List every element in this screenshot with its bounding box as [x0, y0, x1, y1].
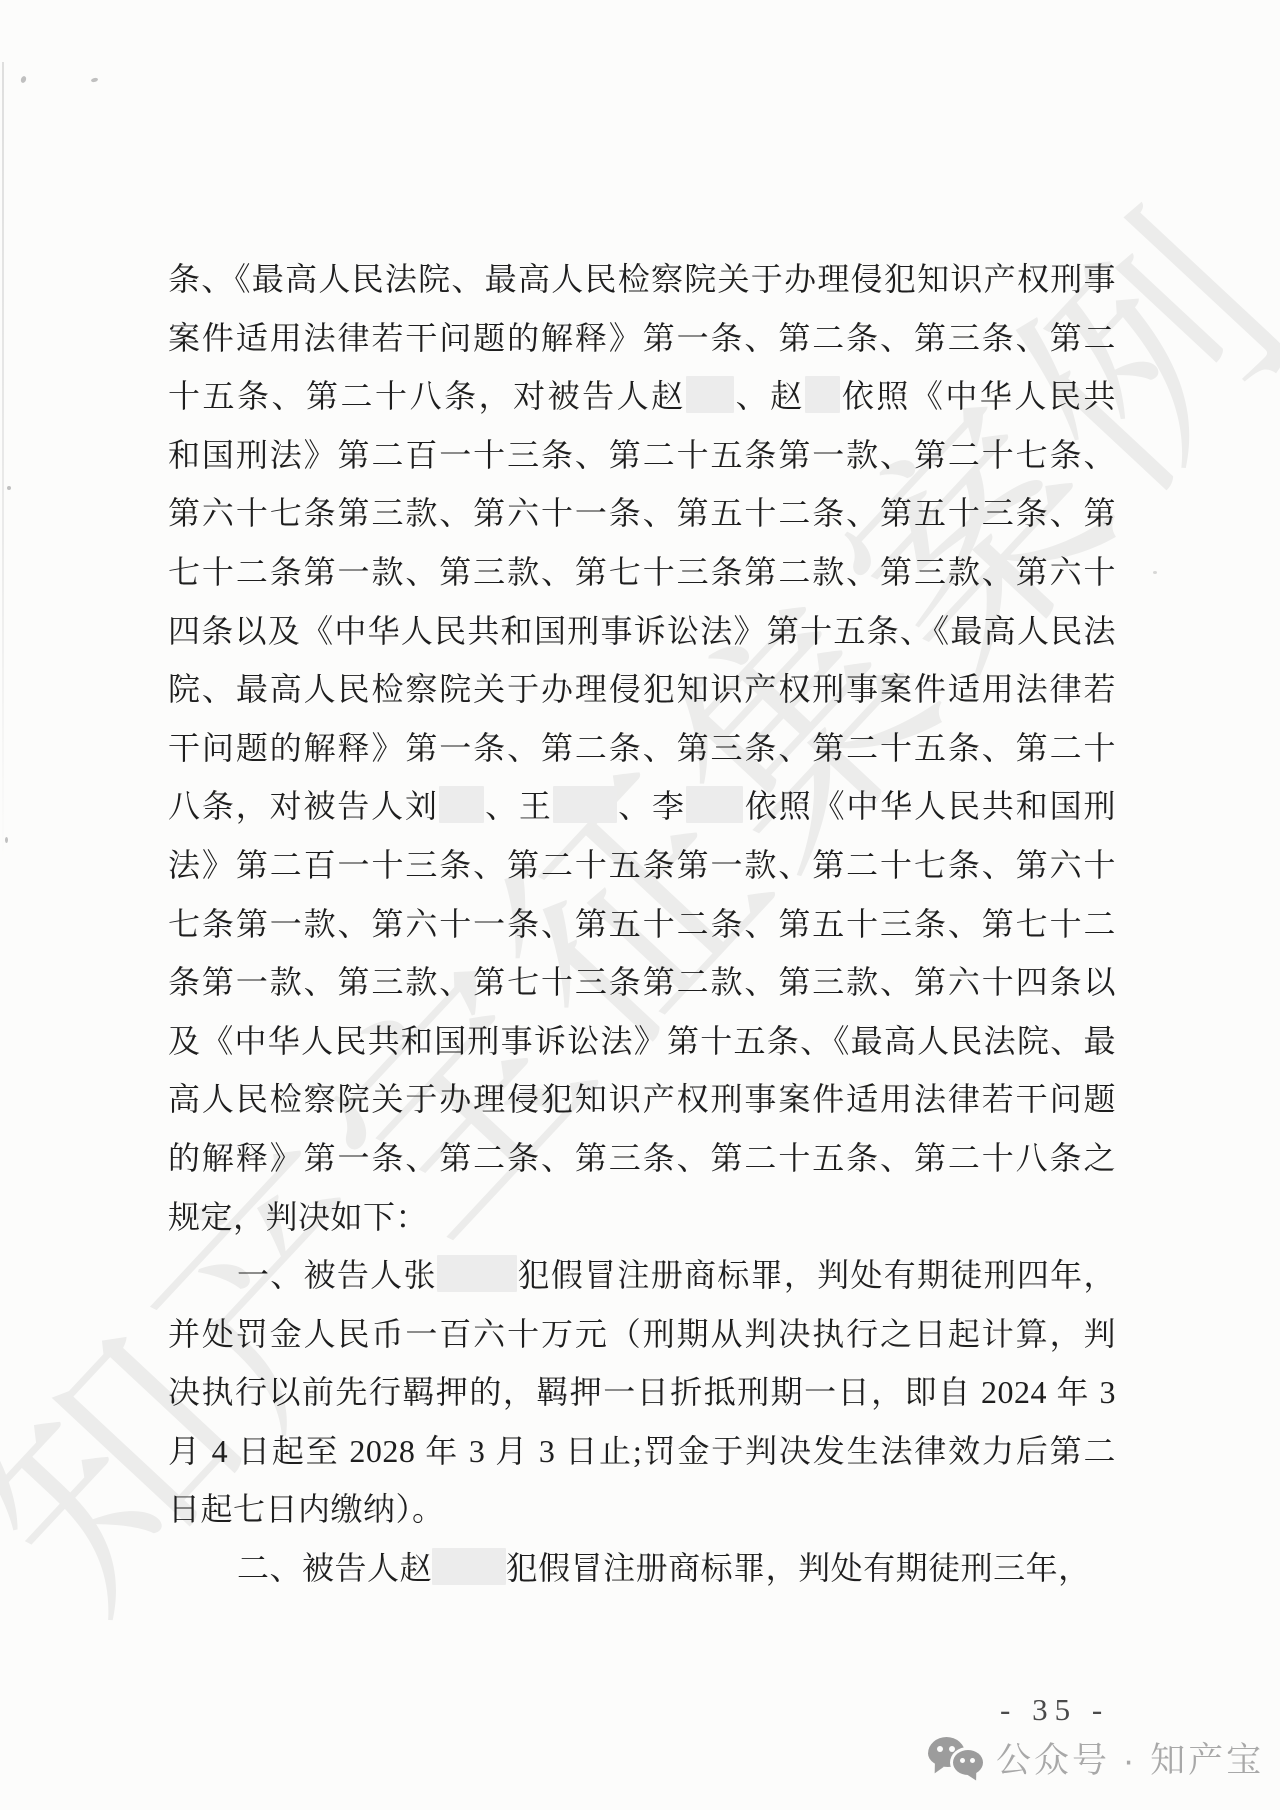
text-line: 七条第一款、第六十一条、第五十二条、第五十三条、第七十二 [168, 895, 1116, 954]
text-segment: 的解释》第一条、第二条、第三条、第二十五条、第二十八条之 [168, 1140, 1116, 1176]
text-segment: 七条第一款、第六十一条、第五十二条、第五十三条、第七十二 [168, 906, 1116, 942]
text-segment: 院、最高人民检察院关于办理侵犯知识产权刑事案件适用法律若 [168, 671, 1116, 707]
text-segment: 一、被告人张 [237, 1257, 437, 1293]
text-line: 第六十七条第三款、第六十一条、第五十二条、第五十三条、第 [168, 484, 1116, 543]
redacted-name-block [432, 1548, 506, 1585]
text-line: 四条以及《中华人民共和国刑事诉讼法》第十五条、《最高人民法 [168, 602, 1116, 661]
text-segment: 案件适用法律若干问题的解释》第一条、第二条、第三条、第二 [168, 320, 1116, 356]
scan-edge-shadow [2, 62, 4, 862]
wechat-footer: 公众号 · 知产宝 [928, 1734, 1264, 1782]
scanned-judgment-page: 知产宝征集案例 条、《最高人民法院、最高人民检察院关于办理侵犯知识产权刑事案件适… [0, 0, 1280, 1810]
text-segment: 第六十七条第三款、第六十一条、第五十二条、第五十三条、第 [168, 495, 1116, 531]
text-line: 的解释》第一条、第二条、第三条、第二十五条、第二十八条之 [168, 1129, 1116, 1188]
text-segment: 犯假冒注册商标罪，判处有期徒刑三年， [506, 1550, 1091, 1586]
text-segment: 决执行以前先行羁押的，羁押一日折抵刑期一日，即自 2024 年 3 [168, 1374, 1116, 1410]
text-segment: 八条，对被告人刘 [168, 788, 439, 824]
text-line: 八条，对被告人刘、王、李依照《中华人民共和国刑 [168, 777, 1116, 836]
text-line: 及《中华人民共和国刑事诉讼法》第十五条、《最高人民法院、最 [168, 1012, 1116, 1071]
text-line: 院、最高人民检察院关于办理侵犯知识产权刑事案件适用法律若 [168, 660, 1116, 719]
text-segment: 、李 [617, 788, 686, 824]
text-line: 条第一款、第三款、第七十三条第二款、第三款、第六十四条以 [168, 953, 1116, 1012]
text-line: 二、被告人赵犯假冒注册商标罪，判处有期徒刑三年， [168, 1539, 1116, 1598]
text-segment: 日起七日内缴纳）。 [168, 1491, 445, 1527]
text-line: 月 4 日起至 2028 年 3 月 3 日止;罚金于判决发生法律效力后第二 [168, 1422, 1116, 1481]
text-line: 决执行以前先行羁押的，羁押一日折抵刑期一日，即自 2024 年 3 [168, 1363, 1116, 1422]
wechat-icon [928, 1735, 986, 1781]
document-body: 条、《最高人民法院、最高人民检察院关于办理侵犯知识产权刑事案件适用法律若干问题的… [168, 250, 1116, 1598]
scan-speck [20, 75, 27, 83]
text-segment: 和国刑法》第二百一十三条、第二十五条第一款、第二十七条、 [168, 437, 1116, 473]
redacted-name-block [553, 786, 617, 823]
text-line: 和国刑法》第二百一十三条、第二十五条第一款、第二十七条、 [168, 426, 1116, 485]
text-line: 并处罚金人民币一百六十万元（刑期从判决执行之日起计算，判 [168, 1305, 1116, 1364]
redacted-name-block [686, 786, 744, 823]
text-line: 七十二条第一款、第三款、第七十三条第二款、第三款、第六十 [168, 543, 1116, 602]
text-line: 法》第二百一十三条、第二十五条第一款、第二十七条、第六十 [168, 836, 1116, 895]
text-segment: 并处罚金人民币一百六十万元（刑期从判决执行之日起计算，判 [168, 1316, 1116, 1352]
wechat-account-label: 公众号 · 知产宝 [996, 1733, 1264, 1783]
text-segment: 高人民检察院关于办理侵犯知识产权刑事案件适用法律若干问题 [168, 1081, 1116, 1117]
text-segment: 及《中华人民共和国刑事诉讼法》第十五条、《最高人民法院、最 [168, 1023, 1116, 1059]
text-line: 案件适用法律若干问题的解释》第一条、第二条、第三条、第二 [168, 309, 1116, 368]
text-line: 十五条、第二十八条，对被告人赵、赵依照《中华人民共 [168, 367, 1116, 426]
text-line: 高人民检察院关于办理侵犯知识产权刑事案件适用法律若干问题 [168, 1070, 1116, 1129]
text-segment: 法》第二百一十三条、第二十五条第一款、第二十七条、第六十 [168, 847, 1116, 883]
scan-speck [5, 837, 8, 843]
redacted-name-block [805, 376, 840, 413]
redacted-name-block [437, 1255, 517, 1292]
text-line: 一、被告人张犯假冒注册商标罪，判处有期徒刑四年， [168, 1246, 1116, 1305]
text-segment: 十五条、第二十八条，对被告人赵 [168, 378, 686, 414]
scan-speck [91, 77, 99, 83]
text-segment: 依照《中华人民共 [840, 378, 1116, 414]
text-segment: 、赵 [734, 378, 805, 414]
text-line: 规定，判决如下： [168, 1188, 1116, 1247]
text-segment: 四条以及《中华人民共和国刑事诉讼法》第十五条、《最高人民法 [168, 613, 1116, 649]
text-segment: 二、被告人赵 [237, 1550, 432, 1586]
page-number: - 35 - [1000, 1692, 1109, 1728]
text-segment: 七十二条第一款、第三款、第七十三条第二款、第三款、第六十 [168, 554, 1116, 590]
redacted-name-block [686, 376, 734, 413]
redacted-name-block [439, 786, 484, 823]
text-segment: 犯假冒注册商标罪，判处有期徒刑四年， [517, 1257, 1116, 1293]
wechat-small-bubble [953, 1750, 983, 1775]
text-line: 条、《最高人民法院、最高人民检察院关于办理侵犯知识产权刑事 [168, 250, 1116, 309]
text-segment: 干问题的解释》第一条、第二条、第三条、第二十五条、第二十 [168, 730, 1116, 766]
text-segment: 条第一款、第三款、第七十三条第二款、第三款、第六十四条以 [168, 964, 1116, 1000]
text-segment: 规定，判决如下： [168, 1199, 428, 1235]
text-segment: 、王 [484, 788, 553, 824]
scan-speck [1153, 571, 1157, 574]
text-segment: 依照《中华人民共和国刑 [743, 788, 1115, 824]
scan-speck [7, 486, 11, 490]
text-line: 日起七日内缴纳）。 [168, 1480, 1116, 1539]
text-segment: 月 4 日起至 2028 年 3 月 3 日止;罚金于判决发生法律效力后第二 [168, 1433, 1116, 1469]
text-line: 干问题的解释》第一条、第二条、第三条、第二十五条、第二十 [168, 719, 1116, 778]
text-segment: 条、《最高人民法院、最高人民检察院关于办理侵犯知识产权刑事 [168, 261, 1116, 297]
